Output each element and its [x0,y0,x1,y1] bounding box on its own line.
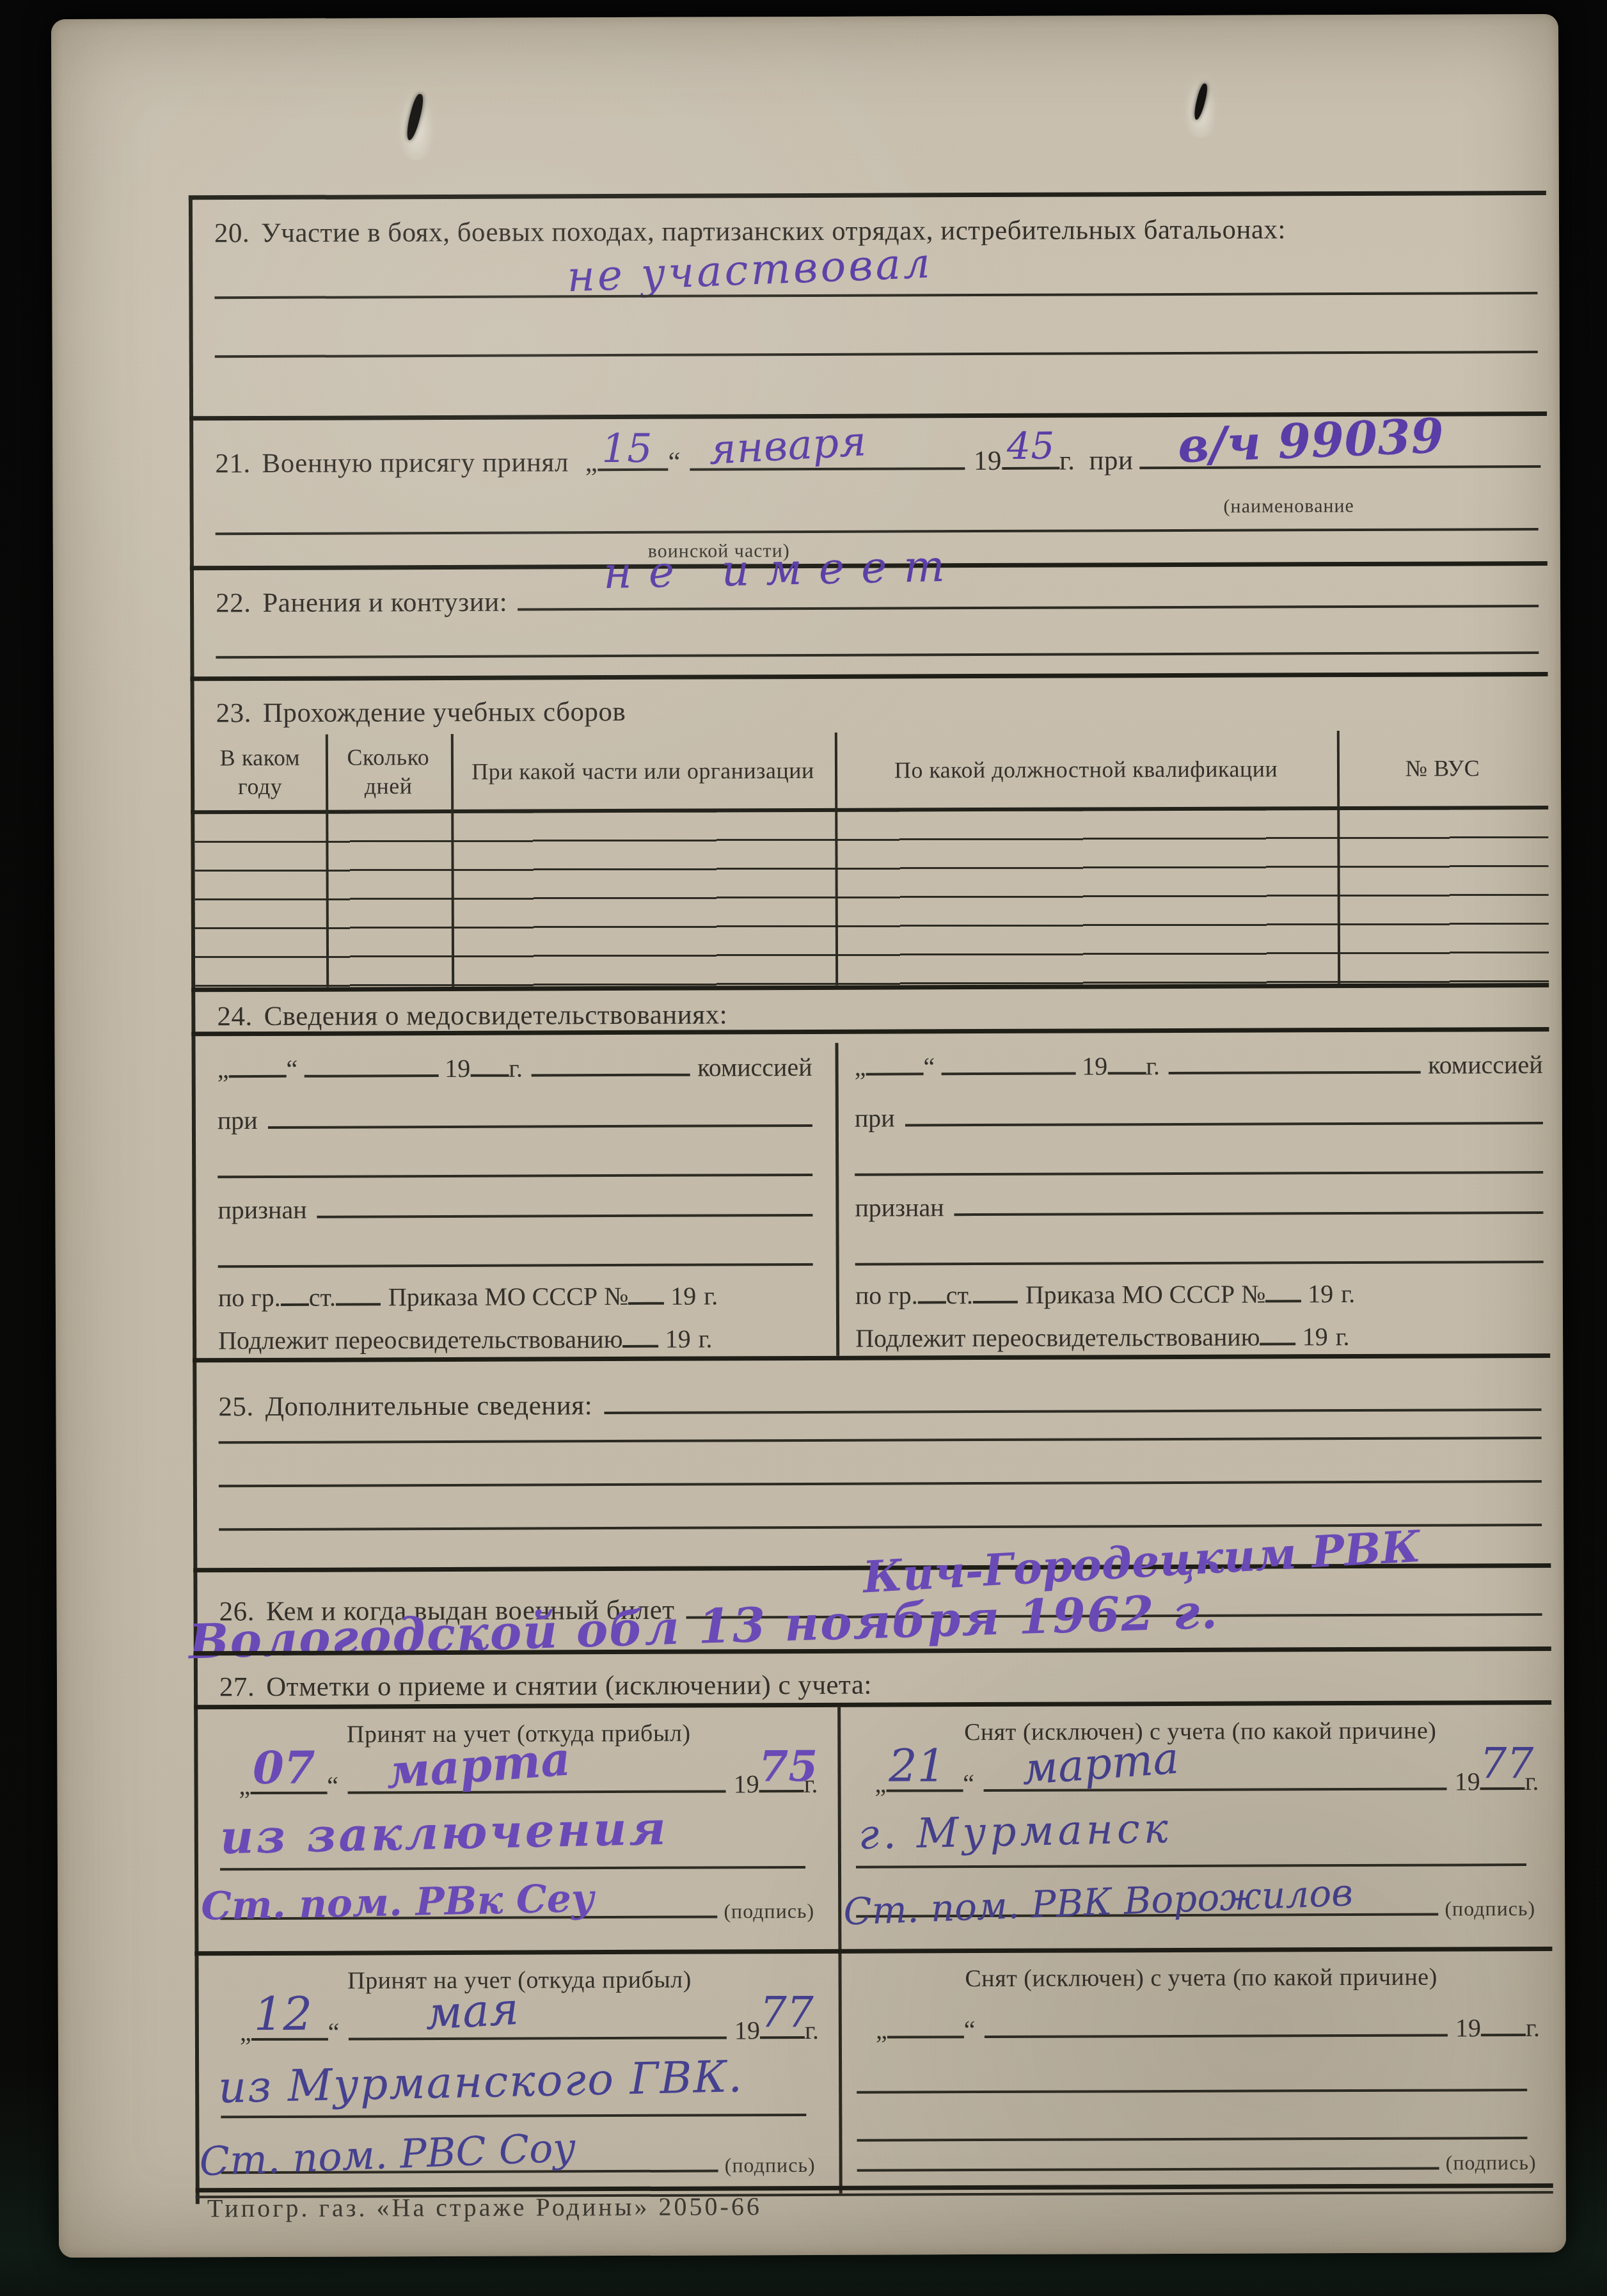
blank-line [214,292,1537,299]
s27-number: 27. [219,1671,255,1703]
blank-line [218,1174,812,1178]
med-reexam-label: Подлежит переосвидетельствованию [855,1322,1260,1353]
origin-handwriting: из заключения [219,1805,669,1861]
quote-open: „ [875,1769,886,1799]
med-gr-label: по гр. [218,1282,281,1312]
quote-close: “ [668,447,681,478]
s25-title: Дополнительные сведения: [265,1390,592,1423]
blank [532,1073,690,1077]
date-row: „ 12 “ мая 19 77 г. [240,2015,819,2047]
signature-handwriting: Ст. пом. РВК Ворожилов [843,1874,1354,1931]
year-handwriting: 77 [760,1991,814,2034]
med-y19: 19 [1302,1321,1328,1351]
blank [470,1074,509,1077]
blank-line [215,351,1538,358]
origin-handwriting: из Мурманского ГВК. [218,2055,744,2110]
med-g: г. [1341,1279,1355,1309]
signature-caption: (подпись) [724,1899,814,1923]
section-23-heading: 23. Прохождение учебных сборов [216,696,626,729]
blank [304,1074,438,1078]
section-22-row: 22. Ранения и контузии: [216,583,1539,619]
g-label: г. [1526,2013,1540,2043]
blank [918,1300,946,1303]
med-verdict-row: признан [218,1193,812,1225]
med-g: г. [1336,1321,1350,1351]
punch-hole-right [1189,79,1212,129]
section-21-row: 21. Военную присягу принял „ 15 “ января… [215,443,1540,479]
s21-month-handwriting: января [708,421,867,471]
section-divider [190,672,1548,681]
blank-line [857,2137,1527,2142]
s21-g-label: г. [1059,445,1075,477]
y19-label: 19 [734,2015,760,2045]
col-header-vus: № ВУС [1337,730,1548,806]
blank-line [216,528,1539,535]
month-blank: января [690,466,965,471]
medical-block: „ “ 19 г. комиссией при признан [195,1032,1550,1358]
month-blank: марта [347,1789,726,1794]
blank [228,1074,286,1078]
blank-line [856,1863,1526,1869]
med-at-label: при [218,1105,258,1135]
year-blank: 77 [1480,1787,1525,1790]
signature-row: Ст. пом. РВк Сеу (подпись) [220,1899,814,1925]
s21-title: Военную присягу принял [262,447,568,479]
month-handwriting: марта [1020,1737,1180,1792]
month-handwriting: марта [384,1735,572,1795]
quote-close: “ [328,2017,340,2047]
form-body: 20. Участие в боях, боевых походах, парт… [189,191,1553,2204]
date-row: „ “ 19 г. [876,2013,1540,2045]
print-shop-footer: Типогр. газ. «На страже Родины» 2050-66 [207,2191,762,2223]
med-commission-label: комиссией [1428,1049,1543,1080]
quote-close: “ [327,1771,338,1801]
registration-row-divider [194,1947,1552,1956]
blank-line [855,1261,1544,1266]
signature-blank: Ст. пом. РВк Сеу [220,1915,717,1920]
section-24-heading: 24. Сведения о медосвидетельствованиях: [217,999,727,1032]
day-blank [887,2035,964,2038]
registration-table: Принят на учет (откуда прибыл) „ 07 “ ма… [198,1705,1553,2196]
blank [973,1300,1018,1303]
blank [1265,1299,1301,1302]
punch-hole-left [402,90,430,151]
med-y19: 19 [1308,1279,1333,1309]
blank [604,1408,1541,1414]
quote-close: “ [286,1054,297,1084]
med-gr-label: по гр. [855,1280,918,1310]
signature-handwriting: Ст. пом. РВС Соу [199,2128,577,2182]
signature-caption: (подпись) [725,2153,816,2177]
s21-year-handwriting: 45 [1007,427,1055,465]
unit-blank: в/ч 99039 [1140,465,1541,469]
med-g: г. [1146,1051,1160,1081]
s22-number: 22. [216,587,251,619]
blank [623,1344,659,1348]
y19-label: 19 [734,1769,759,1799]
col-header-days: Сколько дней [326,734,451,810]
s21-year-prefix: 19 [974,445,1002,477]
day-blank: 21 [886,1789,963,1792]
photo-background: 20. Участие в боях, боевых походах, парт… [0,0,1607,2296]
s22-title: Ранения и контузии: [262,587,507,619]
quote-open: „ [239,1771,250,1801]
training-table-body [194,809,1549,987]
year-blank: 45 [1002,466,1059,470]
signature-row: (подпись) [857,2151,1537,2177]
signature-handwriting: Ст. пом. РВк Сеу [201,1879,595,1926]
blank-line [218,1263,813,1268]
s24-title: Сведения о медосвидетельствованиях: [264,999,728,1032]
year-blank: 75 [759,1789,804,1792]
col-header-unit: При какой части или организации [451,733,835,809]
signature-caption: (подпись) [1446,2151,1537,2174]
med-order-row: по гр. ст. Приказа МО СССР № 19 г. [218,1280,813,1312]
month-handwriting: мая [424,1986,519,2036]
blank [317,1213,813,1218]
med-y19: 19 [1082,1051,1107,1081]
s21-number: 21. [215,448,250,479]
signature-blank: Ст. пом. РВК Ворожилов [856,1913,1438,1918]
s21-day-handwriting: 15 [601,429,653,468]
med-order-label: Приказа МО СССР № [388,1281,629,1312]
med-at-label: при [855,1103,895,1133]
day-handwriting: 21 [889,1743,946,1788]
blank-line [857,2089,1527,2094]
signature-blank: Ст. пом. РВС Соу [221,2169,718,2174]
blank [905,1121,1543,1126]
med-y19: 19 [445,1053,470,1083]
med-y19: 19 [665,1324,691,1354]
quote-close: “ [923,1051,935,1081]
med-g: г. [704,1280,718,1311]
year-blank: 77 [760,2036,805,2039]
month-blank: мая [348,2036,727,2040]
quote-close: “ [963,1768,974,1798]
med-y19: 19 [670,1281,696,1311]
signature-caption: (подпись) [1445,1897,1535,1920]
blank [1169,1071,1420,1074]
med-g: г. [509,1053,523,1083]
remove-header: Снят (исключен) с учета (по какой причин… [855,1716,1545,1747]
blank-line [220,1866,805,1870]
section-25-row: 25. Дополнительные сведения: [218,1387,1541,1423]
med-st-label: ст. [946,1280,973,1310]
day-blank: 12 [251,2037,328,2041]
quote-open: „ [218,1054,229,1084]
blank-line [221,2114,806,2118]
med-reexam-label: Подлежит переосвидетельствованию [218,1324,623,1355]
y19-label: 19 [1455,2013,1481,2043]
military-id-page: 20. Участие в боях, боевых походах, парт… [51,14,1566,2258]
s27-title: Отметки о приеме и снятии (исключении) с… [266,1670,872,1703]
training-table-header: В каком году Сколько дней При какой част… [194,730,1548,810]
medical-column-divider [835,1043,839,1356]
med-date-row: „ “ 19 г. комиссией [218,1052,812,1084]
blank-line [855,1171,1543,1176]
blank [628,1302,664,1305]
quote-close: “ [964,2014,976,2045]
s21-at-label: при [1089,445,1133,476]
med-date-row: „ “ 19 г. комиссией [855,1049,1543,1082]
med-reexam-row: Подлежит переосвидетельствованию 19 г. [855,1321,1544,1353]
blank [336,1302,381,1305]
day-blank: 07 [250,1791,327,1794]
blank [941,1072,1075,1076]
reason-handwriting: г. Мурманск [858,1808,1172,1856]
s20-title: Участие в боях, боевых походах, партизан… [261,214,1286,249]
blank-line [219,1480,1542,1487]
med-g: г. [699,1324,713,1354]
training-table: В каком году Сколько дней При какой част… [194,730,1549,992]
s25-number: 25. [218,1391,253,1423]
quote-open: „ [585,447,598,478]
med-verdict-row: признан [855,1190,1543,1223]
s23-number: 23. [216,698,251,729]
med-verdict-label: признан [855,1192,944,1222]
date-row: „ 07 “ марта 19 75 г. [239,1769,818,1801]
blank [954,1211,1544,1216]
quote-open: „ [855,1052,866,1082]
med-st-label: ст. [309,1282,336,1312]
s20-entry-handwriting: не участвовал [566,242,933,298]
day-handwriting: 12 [253,1991,312,2037]
signature-row: Ст. пом. РВК Ворожилов (подпись) [856,1897,1535,1923]
med-at-row: при [855,1101,1543,1133]
s21-caption-line1: (наименование [1224,495,1354,518]
section-27-heading: 27. Отметки о приеме и снятии (исключени… [219,1670,872,1703]
quote-open: „ [876,2015,887,2045]
blank [268,1124,812,1129]
blank [1107,1071,1146,1074]
med-reexam-row: Подлежит переосвидетельствованию 19 г. [218,1323,813,1355]
remove-header: Снят (исключен) с учета (по какой причин… [857,1963,1546,1993]
s24-number: 24. [217,1001,252,1032]
signature-row: Ст. пом. РВС Соу (подпись) [221,2153,816,2179]
med-order-label: Приказа МО СССР № [1025,1279,1266,1310]
month-blank [984,2034,1448,2039]
s20-number: 20. [214,218,249,249]
blank-line [216,651,1539,658]
s21-unit-handwriting: в/ч 99039 [1177,412,1445,470]
med-verdict-label: признан [218,1195,306,1225]
med-at-row: при [218,1103,812,1135]
day-blank: 15 [598,468,668,471]
signature-blank [857,2167,1439,2172]
col-header-year: В каком году [194,735,326,811]
day-handwriting: 07 [253,1746,315,1790]
col-header-qualification: По какой должностной квалификации [835,731,1337,808]
blank-line [219,1437,1542,1444]
blank [281,1303,309,1306]
blank [1260,1342,1296,1345]
year-blank [1481,2033,1526,2036]
year-handwriting: 75 [759,1745,818,1787]
med-order-row: по гр. ст. Приказа МО СССР № 19 г. [855,1278,1544,1311]
med-commission-label: комиссией [697,1052,812,1083]
month-blank: марта [983,1787,1447,1792]
quote-open: „ [240,2017,251,2047]
blank [866,1072,923,1075]
year-handwriting: 77 [1480,1742,1533,1785]
s22-blank [518,604,1539,611]
y19-label: 19 [1455,1766,1480,1796]
date-row: „ 21 “ марта 19 77 г. [875,1766,1539,1799]
s23-title: Прохождение учебных сборов [263,696,626,729]
